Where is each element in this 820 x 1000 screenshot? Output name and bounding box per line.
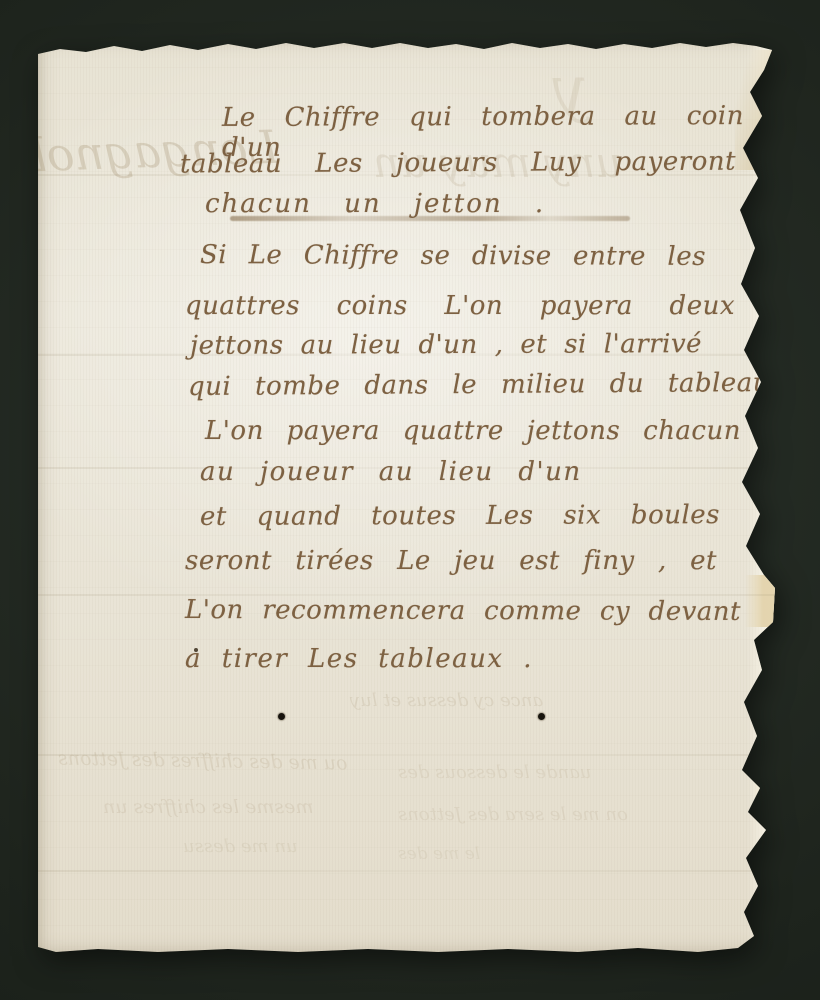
showthrough-script: uande le dessous des [398, 762, 591, 783]
manuscript-line: qui tombe dans le milieu du tableau [188, 368, 770, 402]
manuscript-line: L'on payera quattre jettons chacun [205, 416, 741, 446]
photo-background: Longagnol uny muy un y ance cy dessus et… [0, 0, 820, 1000]
showthrough-script: mesme les chiffres un [103, 796, 313, 818]
manuscript-line: au joueur au lieu d'un [200, 457, 582, 487]
manuscript-line: seront tirées Le jeu est finy , et [185, 546, 717, 576]
showthrough-script: un me dessu [183, 836, 298, 857]
manuscript-line: et quand toutes Les six boules [200, 500, 720, 532]
underline-flourish [230, 216, 630, 221]
manuscript-page-wrapper: Longagnol uny muy un y ance cy dessus et… [38, 40, 775, 952]
torn-edge-fragment [753, 775, 775, 821]
manuscript-line: jettons au lieu d'un , et si l'arrivé [190, 329, 702, 361]
showthrough-script: ance cy dessus et luy [350, 690, 543, 711]
manuscript-line: chacun un jetton . [205, 189, 545, 219]
torn-edge-tab [745, 575, 775, 627]
crease-line [38, 870, 775, 872]
manuscript-line: tableau Les joueurs Luy payeront [180, 147, 736, 180]
pinhole-mark [538, 713, 545, 720]
manuscript-line: Si Le Chiffre se divise entre les [200, 240, 706, 272]
showthrough-script: le me des [398, 844, 480, 864]
torn-edge-highlight [747, 40, 775, 952]
pinhole-mark [278, 713, 285, 720]
showthrough-script: ou me des chiffres des Jettons [58, 747, 348, 774]
manuscript-line: quattres coins L'on payera deux [185, 291, 735, 321]
ink-spot [194, 648, 198, 652]
showthrough-script: on me le sera des Jettons [398, 804, 628, 825]
manuscript-line: L'on recommencera comme cy devant [185, 595, 741, 627]
manuscript-line: a tirer Les tableaux . [185, 644, 533, 674]
manuscript-page: Longagnol uny muy un y ance cy dessus et… [38, 40, 775, 952]
